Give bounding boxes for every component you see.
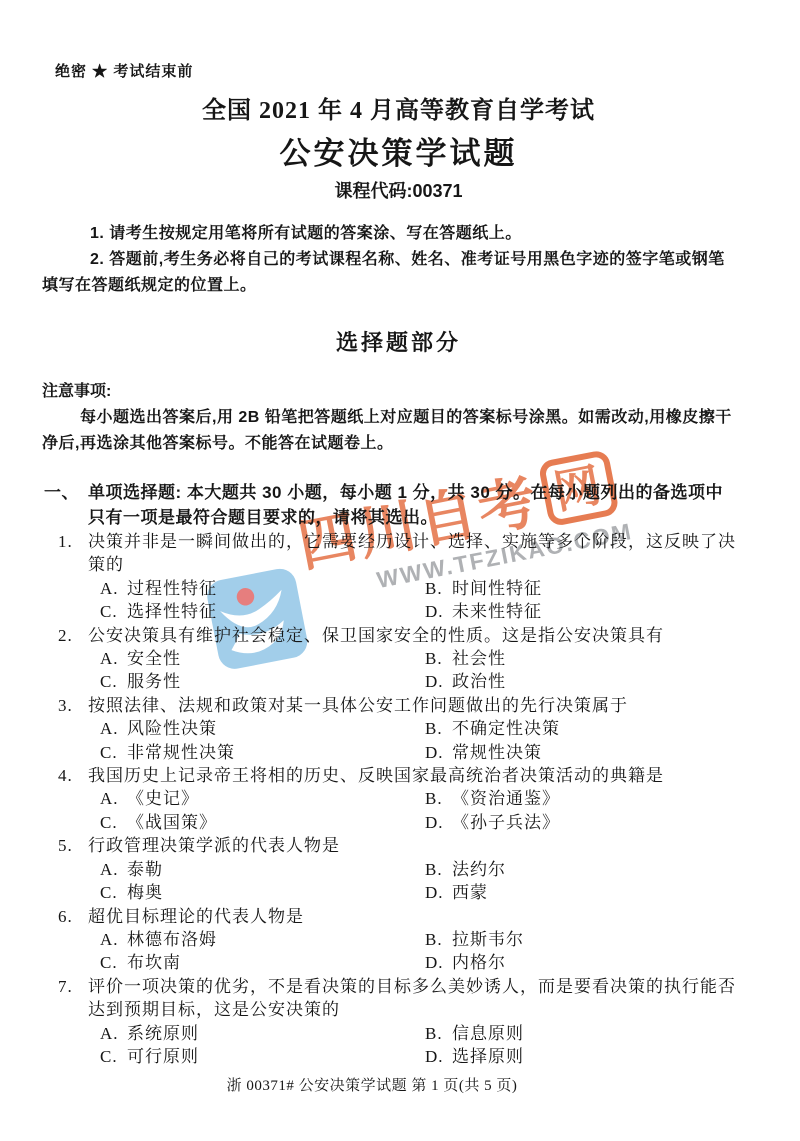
question-body: 公安决策具有维护社会稳定、保卫国家安全的性质。这是指公安决策具有 A.安全性B.… (88, 624, 755, 694)
option-label: D. (425, 881, 452, 904)
option-label: B. (425, 577, 452, 600)
option-text: 系统原则 (127, 1024, 199, 1043)
option: B.《资治通鉴》 (425, 787, 755, 810)
part-one-text: 单项选择题: 本大题共 30 小题，每小题 1 分，共 30 分。在每小题列出的… (88, 480, 732, 530)
option: C.选择性特征 (100, 600, 425, 623)
question-body: 我国历史上记录帝王将相的历史、反映国家最高统治者决策活动的典籍是 A.《史记》B… (88, 764, 755, 834)
option-text: 未来性特征 (452, 602, 542, 621)
course-code: 课程代码:00371 (42, 178, 755, 204)
question-item: 5. 行政管理决策学派的代表人物是 A.泰勒B.法约尔C.梅奥D.西蒙 (42, 834, 755, 904)
option: B.不确定性决策 (425, 717, 755, 740)
question-text: 我国历史上记录帝王将相的历史、反映国家最高统治者决策活动的典籍是 (88, 764, 744, 787)
option-text: 梅奥 (127, 883, 163, 902)
exam-session-title: 全国 2021 年 4 月高等教育自学考试 (42, 95, 755, 128)
question-list: 1. 决策并非是一瞬间做出的，它需要经历设计、选择、实施等多个阶段，这反映了决策… (42, 530, 755, 1068)
option: D.常规性决策 (425, 741, 755, 764)
option: A.风险性决策 (100, 717, 425, 740)
option: D.选择原则 (425, 1045, 755, 1068)
option-text: 拉斯韦尔 (452, 930, 524, 949)
option: C.服务性 (100, 670, 425, 693)
option-label: A. (100, 858, 127, 881)
classification-banner: 绝密 ★ 考试结束前 (55, 62, 755, 82)
question-item: 6. 超优目标理论的代表人物是 A.林德布洛姆B.拉斯韦尔C.布坎南D.内格尔 (42, 905, 755, 975)
option: B.信息原则 (425, 1022, 755, 1045)
question-number: 6. (42, 905, 88, 975)
option: A.泰勒 (100, 858, 425, 881)
question-number: 7. (42, 975, 88, 1069)
option-label: A. (100, 577, 127, 600)
option-text: 不确定性决策 (452, 719, 560, 738)
question-number: 5. (42, 834, 88, 904)
question-text: 评价一项决策的优劣，不是看决策的目标多么美妙诱人，而是要看决策的执行能否达到预期… (88, 975, 744, 1022)
option-text: 服务性 (127, 672, 181, 691)
option: D.西蒙 (425, 881, 755, 904)
notes-title: 注意事项: (42, 380, 755, 404)
option-text: 泰勒 (127, 860, 163, 879)
option: B.法约尔 (425, 858, 755, 881)
option-text: 林德布洛姆 (127, 930, 217, 949)
option-label: A. (100, 647, 127, 670)
option-text: 选择性特征 (127, 602, 217, 621)
option-label: D. (425, 741, 452, 764)
option-label: D. (425, 811, 452, 834)
option-text: 《战国策》 (127, 813, 217, 832)
option-text: 时间性特征 (452, 579, 542, 598)
question-text: 按照法律、法规和政策对某一具体公安工作问题做出的先行决策属于 (88, 694, 744, 717)
option-text: 可行原则 (127, 1047, 199, 1066)
question-number: 2. (42, 624, 88, 694)
option: C.《战国策》 (100, 811, 425, 834)
instructions-block: 1. 请考生按规定用笔将所有试题的答案涂、写在答题纸上。 2. 答题前,考生务必… (42, 221, 755, 299)
option-label: C. (100, 600, 127, 623)
question-text: 公安决策具有维护社会稳定、保卫国家安全的性质。这是指公安决策具有 (88, 624, 744, 647)
option: D.未来性特征 (425, 600, 755, 623)
question-item: 7. 评价一项决策的优劣，不是看决策的目标多么美妙诱人，而是要看决策的执行能否达… (42, 975, 755, 1069)
question-item: 1. 决策并非是一瞬间做出的，它需要经历设计、选择、实施等多个阶段，这反映了决策… (42, 530, 755, 624)
option-text: 选择原则 (452, 1047, 524, 1066)
option-label: C. (100, 741, 127, 764)
option: B.拉斯韦尔 (425, 928, 755, 951)
option-label: C. (100, 811, 127, 834)
question-text: 决策并非是一瞬间做出的，它需要经历设计、选择、实施等多个阶段，这反映了决策的 (88, 530, 744, 577)
option-text: 《史记》 (127, 789, 199, 808)
notes-body: 每小题选出答案后,用 2B 铅笔把答题纸上对应题目的答案标号涂黑。如需改动,用橡… (42, 405, 736, 457)
question-options: A.泰勒B.法约尔C.梅奥D.西蒙 (88, 858, 755, 905)
option-label: A. (100, 1022, 127, 1045)
option-label: C. (100, 951, 127, 974)
section-title: 选择题部分 (42, 326, 755, 359)
option-text: 政治性 (452, 672, 506, 691)
part-one-number: 一、 (42, 480, 88, 530)
option-label: D. (425, 1045, 452, 1068)
option-label: B. (425, 858, 452, 881)
question-body: 评价一项决策的优劣，不是看决策的目标多么美妙诱人，而是要看决策的执行能否达到预期… (88, 975, 755, 1069)
option-label: B. (425, 928, 452, 951)
option: C.非常规性决策 (100, 741, 425, 764)
option: C.可行原则 (100, 1045, 425, 1068)
option-text: 内格尔 (452, 953, 506, 972)
document-content: 绝密 ★ 考试结束前 全国 2021 年 4 月高等教育自学考试 公安决策学试题… (0, 0, 800, 1068)
option-text: 安全性 (127, 649, 181, 668)
option-text: 布坎南 (127, 953, 181, 972)
exam-subject-title: 公安决策学试题 (42, 132, 755, 175)
question-number: 4. (42, 764, 88, 834)
question-body: 行政管理决策学派的代表人物是 A.泰勒B.法约尔C.梅奥D.西蒙 (88, 834, 755, 904)
option-text: 《孙子兵法》 (452, 813, 560, 832)
option-label: D. (425, 670, 452, 693)
question-options: A.林德布洛姆B.拉斯韦尔C.布坎南D.内格尔 (88, 928, 755, 975)
option: A.安全性 (100, 647, 425, 670)
option-label: A. (100, 928, 127, 951)
question-options: A.《史记》B.《资治通鉴》C.《战国策》D.《孙子兵法》 (88, 787, 755, 834)
option-label: C. (100, 881, 127, 904)
question-body: 按照法律、法规和政策对某一具体公安工作问题做出的先行决策属于 A.风险性决策B.… (88, 694, 755, 764)
instruction-paragraph-2: 2. 答题前,考生务必将自己的考试课程名称、姓名、准考证号用黑色字迹的签字笔或钢… (42, 247, 735, 299)
option-label: B. (425, 717, 452, 740)
question-text: 超优目标理论的代表人物是 (88, 905, 744, 928)
option-text: 《资治通鉴》 (452, 789, 560, 808)
option-label: C. (100, 1045, 127, 1068)
question-body: 决策并非是一瞬间做出的，它需要经历设计、选择、实施等多个阶段，这反映了决策的 A… (88, 530, 755, 624)
question-number: 1. (42, 530, 88, 624)
option: B.社会性 (425, 647, 755, 670)
question-options: A.风险性决策B.不确定性决策C.非常规性决策D.常规性决策 (88, 717, 755, 764)
page-footer: 浙 00371# 公安决策学试题 第 1 页(共 5 页) (0, 1074, 744, 1095)
option-text: 过程性特征 (127, 579, 217, 598)
exam-page: 四川自考网 WWW.TFZIKAO.COM 绝密 ★ 考试结束前 全国 2021… (0, 0, 800, 1141)
option: D.政治性 (425, 670, 755, 693)
option: D.内格尔 (425, 951, 755, 974)
question-text: 行政管理决策学派的代表人物是 (88, 834, 744, 857)
option-text: 法约尔 (452, 860, 506, 879)
option: B.时间性特征 (425, 577, 755, 600)
question-item: 4. 我国历史上记录帝王将相的历史、反映国家最高统治者决策活动的典籍是 A.《史… (42, 764, 755, 834)
option: A.《史记》 (100, 787, 425, 810)
question-item: 2. 公安决策具有维护社会稳定、保卫国家安全的性质。这是指公安决策具有 A.安全… (42, 624, 755, 694)
option-label: A. (100, 717, 127, 740)
option: D.《孙子兵法》 (425, 811, 755, 834)
option-text: 西蒙 (452, 883, 488, 902)
option-label: A. (100, 787, 127, 810)
question-options: A.过程性特征B.时间性特征C.选择性特征D.未来性特征 (88, 577, 755, 624)
question-body: 超优目标理论的代表人物是 A.林德布洛姆B.拉斯韦尔C.布坎南D.内格尔 (88, 905, 755, 975)
question-options: A.系统原则B.信息原则C.可行原则D.选择原则 (88, 1022, 755, 1069)
option: A.林德布洛姆 (100, 928, 425, 951)
option-label: C. (100, 670, 127, 693)
instruction-paragraph-1: 1. 请考生按规定用笔将所有试题的答案涂、写在答题纸上。 (42, 221, 735, 247)
option-text: 风险性决策 (127, 719, 217, 738)
option-label: B. (425, 787, 452, 810)
option-label: B. (425, 1022, 452, 1045)
option: A.过程性特征 (100, 577, 425, 600)
option: A.系统原则 (100, 1022, 425, 1045)
option-text: 常规性决策 (452, 743, 542, 762)
option: C.布坎南 (100, 951, 425, 974)
question-item: 3. 按照法律、法规和政策对某一具体公安工作问题做出的先行决策属于 A.风险性决… (42, 694, 755, 764)
option-label: B. (425, 647, 452, 670)
option-label: D. (425, 600, 452, 623)
option-text: 信息原则 (452, 1024, 524, 1043)
question-options: A.安全性B.社会性C.服务性D.政治性 (88, 647, 755, 694)
question-number: 3. (42, 694, 88, 764)
option-label: D. (425, 951, 452, 974)
option-text: 非常规性决策 (127, 743, 235, 762)
option-text: 社会性 (452, 649, 506, 668)
part-one-heading: 一、 单项选择题: 本大题共 30 小题，每小题 1 分，共 30 分。在每小题… (42, 480, 755, 530)
option: C.梅奥 (100, 881, 425, 904)
